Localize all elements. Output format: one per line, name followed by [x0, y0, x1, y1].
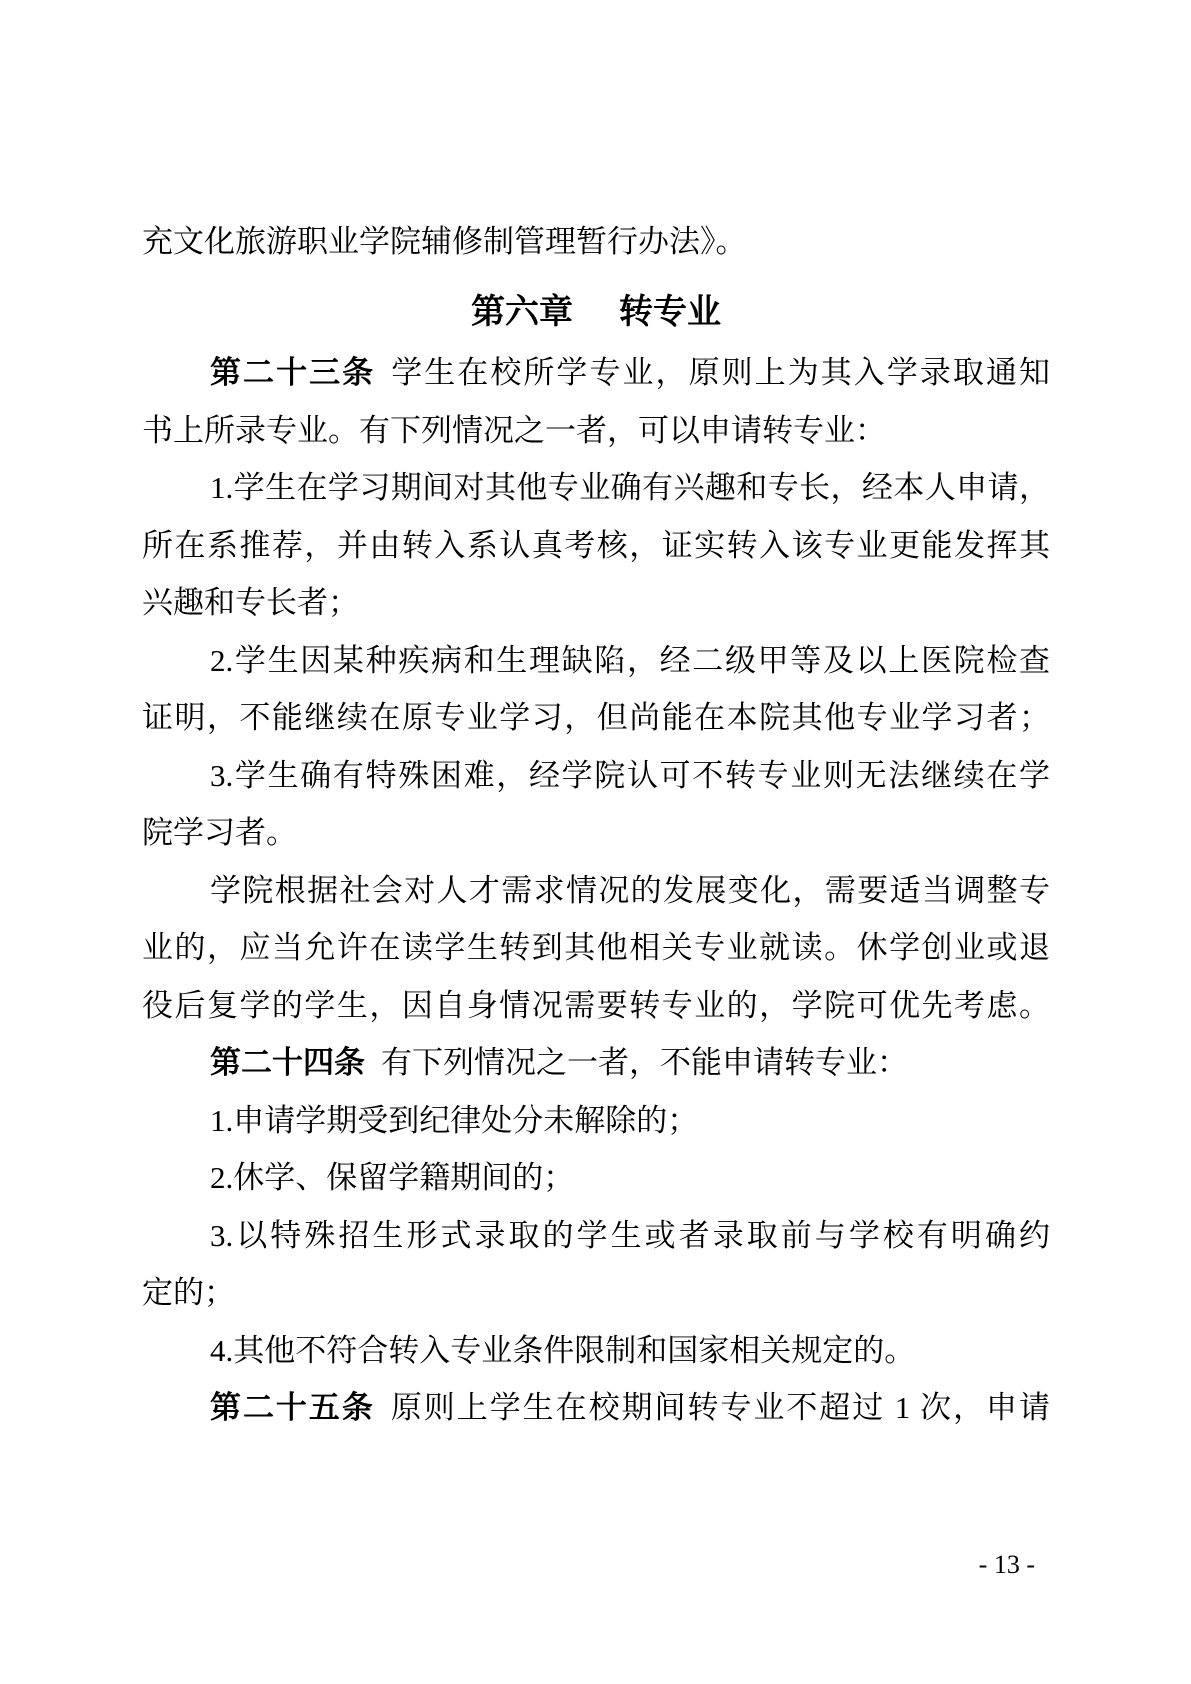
line-text: 兴趣和专长者； — [142, 585, 359, 620]
text-line: 第二十五条原则上学生在校期间转专业不超过 1 次，申请 — [142, 1379, 1050, 1437]
line-text: 院学习者。 — [142, 815, 297, 850]
text-line: 3.学生确有特殊困难，经学院认可不转专业则无法继续在学 — [142, 747, 1050, 805]
text-line: 2.休学、保留学籍期间的； — [142, 1149, 1050, 1207]
document-page: 充文化旅游职业学院辅修制管理暂行办法》。 第六章转专业 第二十三条学生在校所学专… — [0, 0, 1191, 1684]
line-text: 1.学生在学习期间对其他专业确有兴趣和专长，经本人申请， — [210, 470, 1050, 505]
article-number: 第二十五条 — [210, 1390, 375, 1425]
page-number: - 13 - — [880, 1548, 1035, 1582]
text-line: 业的，应当允许在读学生转到其他相关专业就读。休学创业或退 — [142, 919, 1050, 977]
line-text: 学院根据社会对人才需求情况的发展变化，需要适当调整专 — [210, 873, 1050, 908]
line-text: 役后复学的学生，因自身情况需要转专业的，学院可优先考虑。 — [142, 988, 1050, 1023]
article-number: 第二十四条 — [210, 1045, 365, 1080]
line-text: 3.以特殊招生形式录取的学生或者录取前与学校有明确约 — [210, 1218, 1050, 1253]
text-line: 学院根据社会对人才需求情况的发展变化，需要适当调整专 — [142, 862, 1050, 920]
text-line: 1.申请学期受到纪律处分未解除的； — [142, 1092, 1050, 1150]
line-text: 1.申请学期受到纪律处分未解除的； — [210, 1103, 698, 1138]
line-text: 所在系推荐，并由转入系认真考核，证实转入该专业更能发挥其 — [142, 528, 1050, 563]
article-number: 第二十三条 — [210, 355, 375, 390]
text-line: 役后复学的学生，因自身情况需要转专业的，学院可优先考虑。 — [142, 977, 1050, 1035]
chapter-title: 转专业 — [619, 293, 721, 331]
intro-line: 充文化旅游职业学院辅修制管理暂行办法》。 — [142, 213, 1050, 271]
line-text: 书上所录专业。有下列情况之一者，可以申请转专业： — [142, 413, 886, 448]
line-text: 2.学生因某种疾病和生理缺陷，经二级甲等及以上医院检查 — [210, 643, 1050, 678]
line-text: 定的； — [142, 1275, 235, 1310]
text-line: 兴趣和专长者； — [142, 574, 1050, 632]
text-line: 证明，不能继续在原专业学习，但尚能在本院其他专业学习者； — [142, 689, 1050, 747]
line-text: 证明，不能继续在原专业学习，但尚能在本院其他专业学习者； — [142, 700, 1050, 735]
line-text: 学生在校所学专业，原则上为其入学录取通知 — [391, 355, 1050, 390]
text-line: 所在系推荐，并由转入系认真考核，证实转入该专业更能发挥其 — [142, 517, 1050, 575]
line-text: 有下列情况之一者，不能申请转专业： — [381, 1045, 908, 1080]
text-line: 3.以特殊招生形式录取的学生或者录取前与学校有明确约 — [142, 1207, 1050, 1265]
chapter-heading: 第六章转专业 — [142, 283, 1050, 341]
text-line: 2.学生因某种疾病和生理缺陷，经二级甲等及以上医院检查 — [142, 632, 1050, 690]
line-text: 3.学生确有特殊困难，经学院认可不转专业则无法继续在学 — [210, 758, 1050, 793]
line-text: 2.休学、保留学籍期间的； — [210, 1160, 574, 1195]
line-text: 原则上学生在校期间转专业不超过 1 次，申请 — [391, 1390, 1050, 1425]
line-text: 4.其他不符合转入专业条件限制和国家相关规定的。 — [210, 1333, 915, 1368]
text-line: 第二十四条有下列情况之一者，不能申请转专业： — [142, 1034, 1050, 1092]
text-line: 院学习者。 — [142, 804, 1050, 862]
line-text: 业的，应当允许在读学生转到其他相关专业就读。休学创业或退 — [142, 930, 1050, 965]
text-line: 第二十三条学生在校所学专业，原则上为其入学录取通知 — [142, 344, 1050, 402]
chapter-number: 第六章 — [471, 293, 573, 331]
text-line: 书上所录专业。有下列情况之一者，可以申请转专业： — [142, 402, 1050, 460]
text-line: 定的； — [142, 1264, 1050, 1322]
text-line: 1.学生在学习期间对其他专业确有兴趣和专长，经本人申请， — [142, 459, 1050, 517]
text-line: 4.其他不符合转入专业条件限制和国家相关规定的。 — [142, 1322, 1050, 1380]
